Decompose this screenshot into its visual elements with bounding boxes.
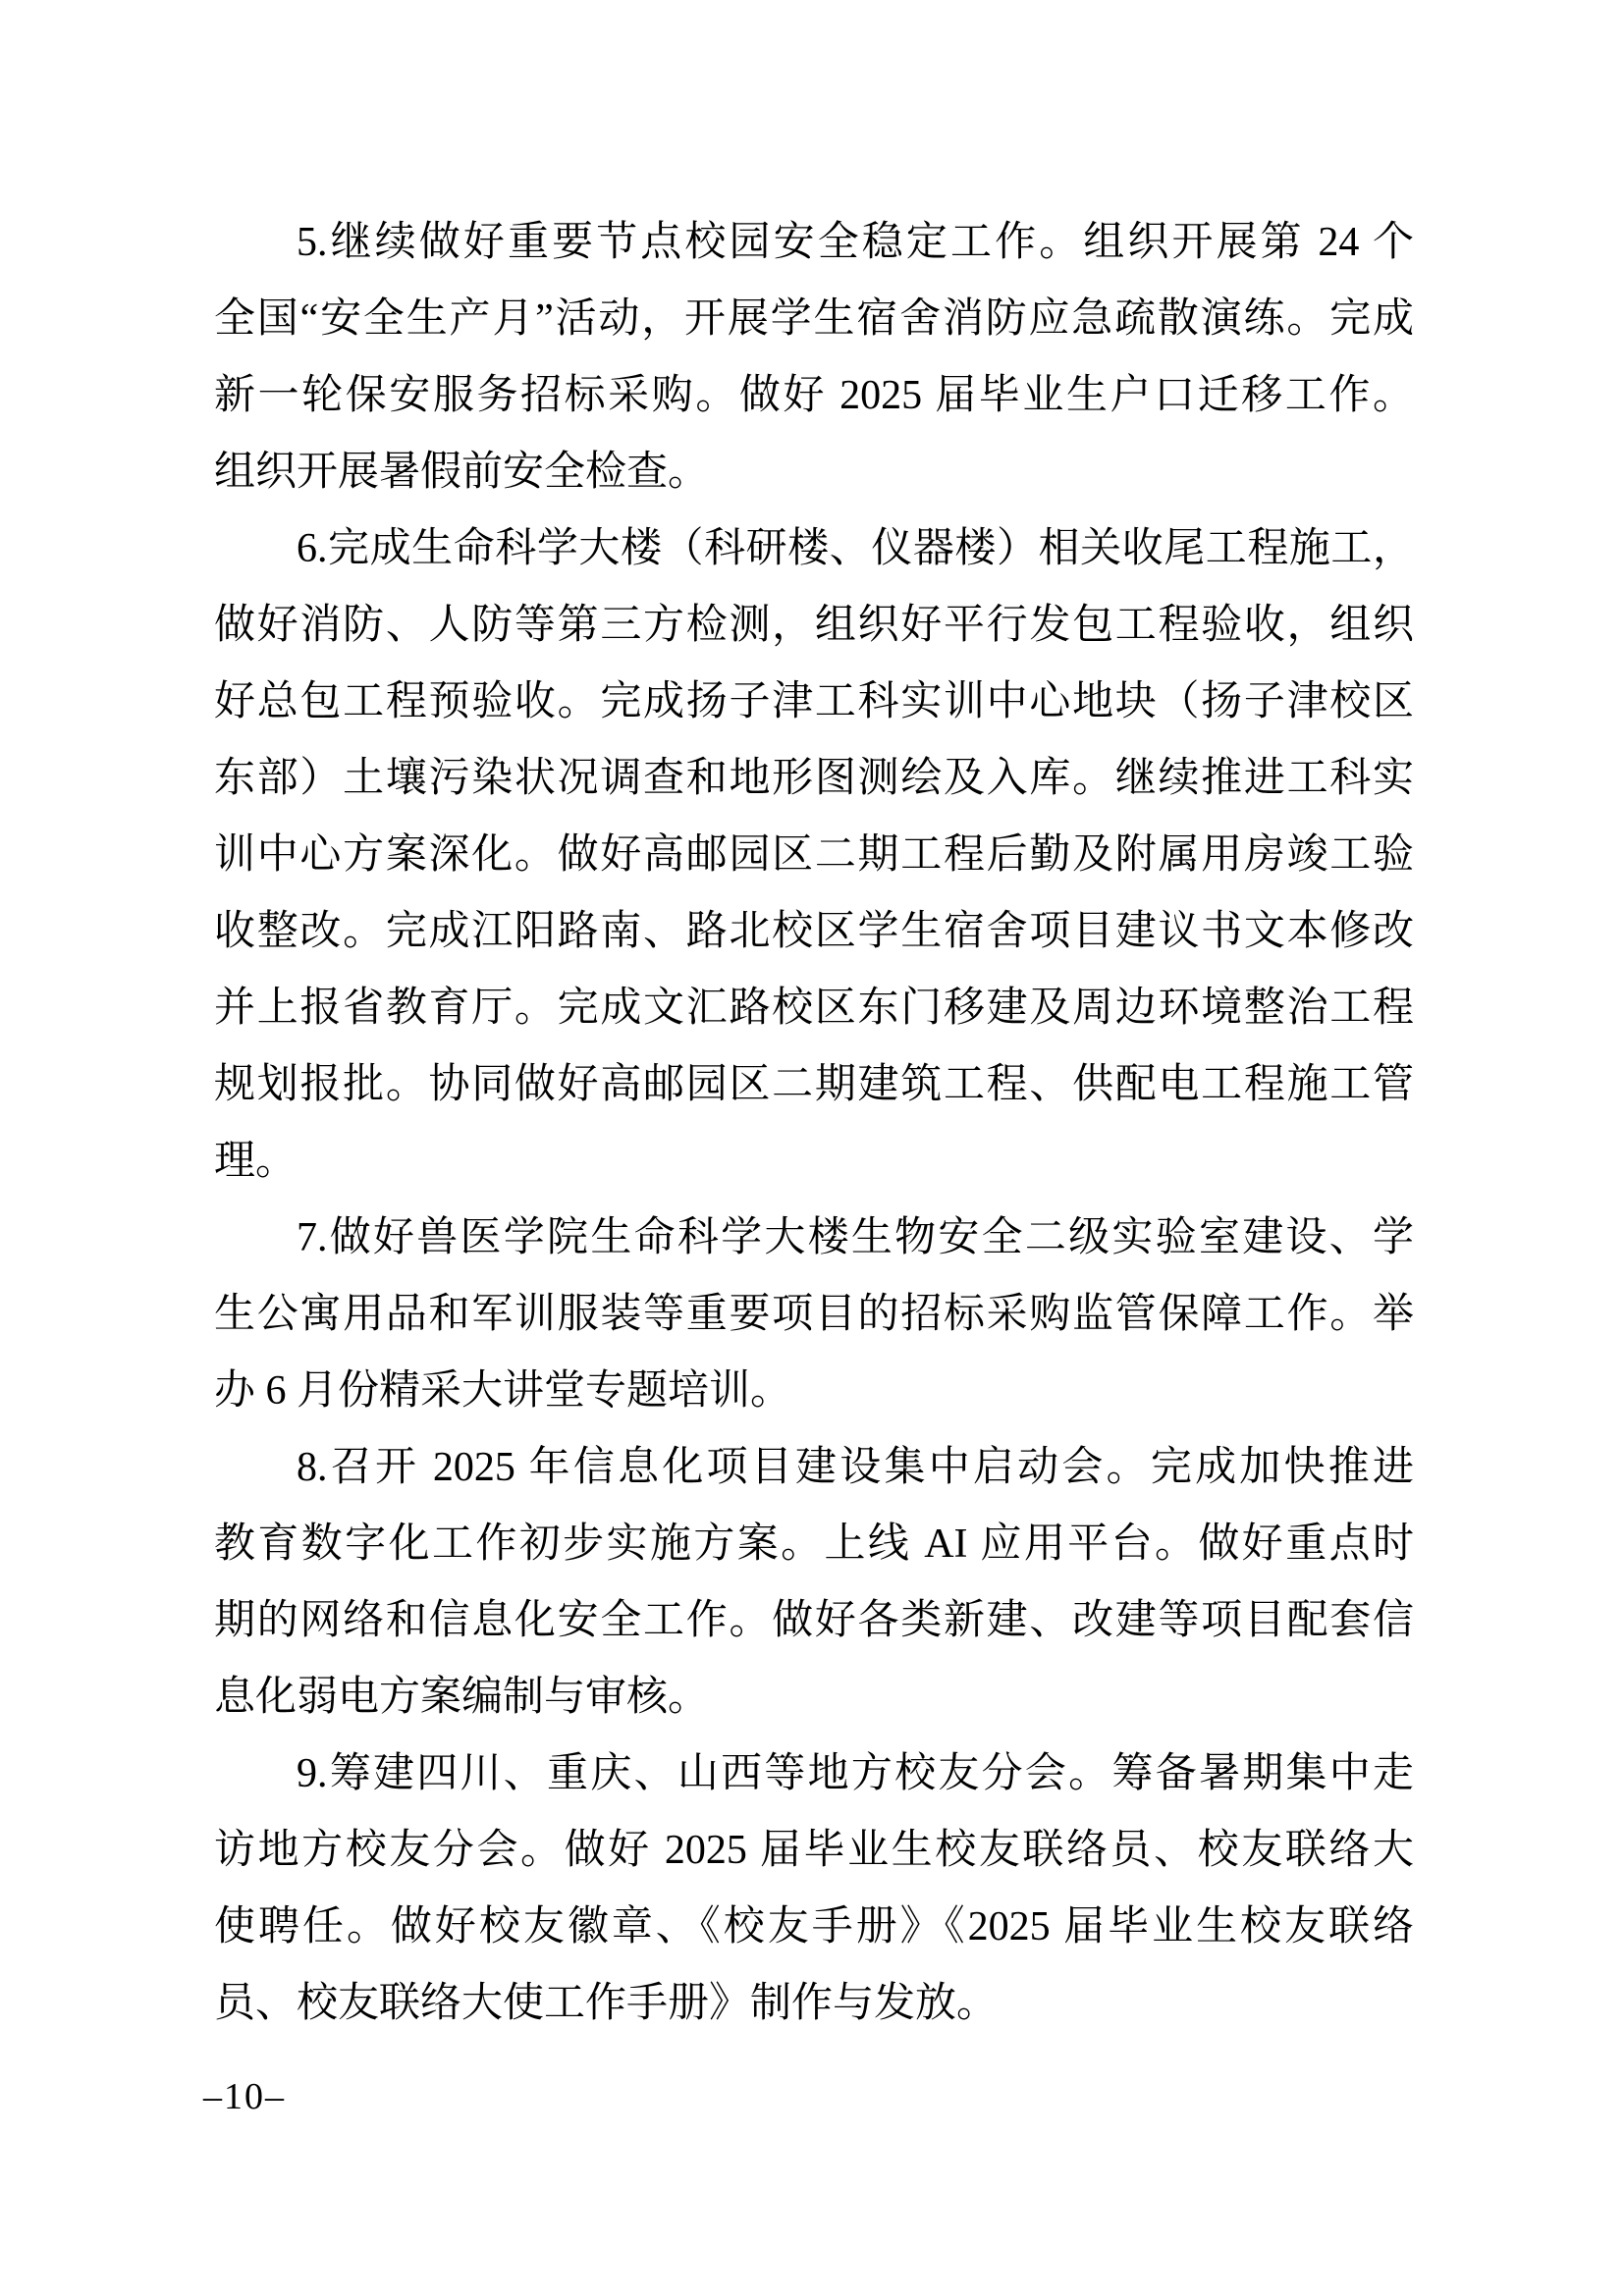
text-line: 5.继续做好重要节点校园安全稳定工作。组织开展第 24 个 xyxy=(214,204,1414,281)
text-line: 7.做好兽医学院生命科学大楼生物安全二级实验室建设、学 xyxy=(214,1200,1414,1276)
text-line: 8.召开 2025 年信息化项目建设集中启动会。完成加快推进 xyxy=(214,1429,1414,1506)
text-line: 访地方校友分会。做好 2025 届毕业生校友联络员、校友联络大 xyxy=(214,1812,1414,1889)
text-line: 理。 xyxy=(214,1123,1414,1200)
text-line: 东部）土壤污染状况调查和地形图测绘及入库。继续推进工科实 xyxy=(214,740,1414,817)
text-line: 规划报批。协同做好高邮园区二期建筑工程、供配电工程施工管 xyxy=(214,1046,1414,1123)
text-line: 期的网络和信息化安全工作。做好各类新建、改建等项目配套信 xyxy=(214,1582,1414,1659)
text-line: 员、校友联络大使工作手册》制作与发放。 xyxy=(214,1965,1414,2042)
text-line: 组织开展暑假前安全检查。 xyxy=(214,434,1414,510)
page-number: –10– xyxy=(203,2073,286,2120)
text-line: 新一轮保安服务招标采购。做好 2025 届毕业生户口迁移工作。 xyxy=(214,357,1414,434)
text-line: 生公寓用品和军训服装等重要项目的招标采购监管保障工作。举 xyxy=(214,1276,1414,1353)
text-line: 并上报省教育厅。完成文汇路校区东门移建及周边环境整治工程 xyxy=(214,970,1414,1046)
text-line: 6.完成生命科学大楼（科研楼、仪器楼）相关收尾工程施工， xyxy=(214,510,1414,587)
text-line: 办 6 月份精采大讲堂专题培训。 xyxy=(214,1353,1414,1429)
text-line: 使聘任。做好校友徽章、《校友手册》《2025 届毕业生校友联络 xyxy=(214,1889,1414,1965)
text-line: 做好消防、人防等第三方检测，组织好平行发包工程验收，组织 xyxy=(214,587,1414,664)
document-body: 5.继续做好重要节点校园安全稳定工作。组织开展第 24 个 全国“安全生产月”活… xyxy=(214,204,1414,2042)
document-page: 5.继续做好重要节点校园安全稳定工作。组织开展第 24 个 全国“安全生产月”活… xyxy=(0,0,1624,2296)
text-line: 息化弱电方案编制与审核。 xyxy=(214,1659,1414,1735)
text-line: 训中心方案深化。做好高邮园区二期工程后勤及附属用房竣工验 xyxy=(214,817,1414,893)
text-line: 收整改。完成江阳路南、路北校区学生宿舍项目建议书文本修改 xyxy=(214,893,1414,970)
text-line: 教育数字化工作初步实施方案。上线 AI 应用平台。做好重点时 xyxy=(214,1506,1414,1582)
text-line: 全国“安全生产月”活动，开展学生宿舍消防应急疏散演练。完成 xyxy=(214,281,1414,357)
text-line: 好总包工程预验收。完成扬子津工科实训中心地块（扬子津校区 xyxy=(214,664,1414,740)
text-line: 9.筹建四川、重庆、山西等地方校友分会。筹备暑期集中走 xyxy=(214,1735,1414,1812)
